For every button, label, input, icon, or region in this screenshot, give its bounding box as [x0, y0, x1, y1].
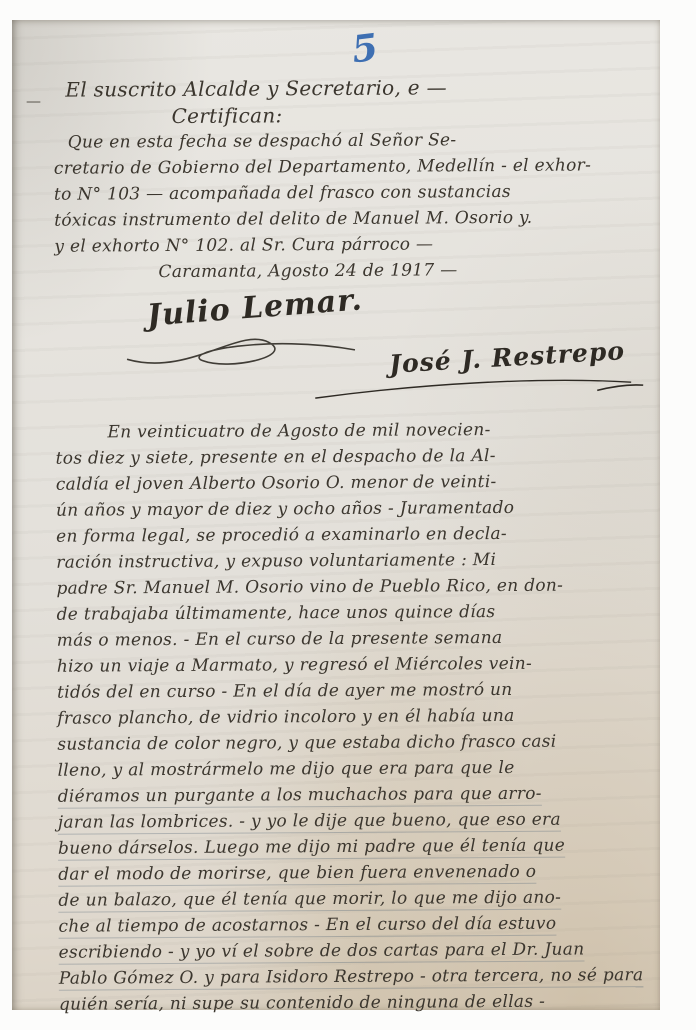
manuscript-line: y el exhorto N° 102. al Sr. Cura párroco…	[54, 230, 640, 260]
manuscript-line: diéramos un purgante a los muchachos par…	[58, 780, 644, 810]
manuscript-line: de trabajaba últimamente, hace unos quin…	[57, 598, 643, 628]
manuscript-line: hizo un viaje a Marmato, y regresó el Mi…	[57, 650, 643, 680]
manuscript-line: cretario de Gobierno del Departamento, M…	[54, 152, 640, 182]
manuscript-line: escribiendo - y yo ví el sobre de dos ca…	[59, 936, 645, 966]
manuscript-line: jaran las lombrices. - y yo le dije que …	[58, 806, 644, 836]
manuscript-line: to N° 103 — acompañada del frasco con su…	[54, 178, 640, 208]
manuscript-line: padre Sr. Manuel M. Osorio vino de Puebl…	[56, 572, 642, 602]
manuscript-line: che al tiempo de acostarnos - En el curs…	[58, 910, 644, 940]
certification-heading: El suscrito Alcalde y Secretario, e —	[53, 72, 639, 104]
manuscript-line: ración instructiva, y expuso voluntariam…	[56, 546, 642, 576]
manuscript-line: dar el modo de morirse, que bien fuera e…	[58, 858, 644, 888]
manuscript-line: tidós del en curso - En el día de ayer m…	[57, 676, 643, 706]
dateline: Caramanta, Agosto 24 de 1917 —	[54, 256, 640, 286]
declaration-block: En veinticuatro de Agosto de mil novecie…	[55, 416, 645, 1018]
manuscript-line: en forma legal, se procedió a examinarlo…	[56, 520, 642, 550]
signature-jose-restrepo: José J. Restrepo	[388, 336, 625, 379]
manuscript-line: Que en esta fecha se despachó al Señor S…	[54, 126, 640, 156]
manuscript-line: de un balazo, que él tenía que morir, lo…	[58, 884, 644, 914]
manuscript-line: frasco plancho, de vidrio incoloro y en …	[57, 702, 643, 732]
signature-julio-lemar: Julio Lemar.	[146, 282, 364, 333]
manuscript-line: tóxicas instrumento del delito de Manuel…	[54, 204, 640, 234]
page-content: El suscrito Alcalde y Secretario, e — Ce…	[9, 18, 663, 1018]
manuscript-line: tos diez y siete, presente en el despach…	[56, 442, 642, 472]
signature-underline-icon	[313, 370, 653, 402]
manuscript-line: En veinticuatro de Agosto de mil novecie…	[55, 416, 641, 446]
certification-title: Certifican:	[53, 100, 639, 130]
manuscript-line: sustancia de color negro, y que estaba d…	[57, 728, 643, 758]
manuscript-line: caldía el joven Alberto Osorio O. menor …	[56, 468, 642, 498]
manuscript-line: bueno dárselos. Luego me dijo mi padre q…	[58, 832, 644, 862]
manuscript-line: ún años y mayor de diez y ocho años - Ju…	[56, 494, 642, 524]
signatures: Julio Lemar. José J. Restrepo	[55, 282, 642, 416]
manuscript-line: lleno, y al mostrármelo me dijo que era …	[57, 754, 643, 784]
manuscript-line: más o menos. - En el curso de la present…	[57, 624, 643, 654]
manuscript-page: 5 — El suscrito Alcalde y Secretario, e …	[12, 20, 660, 1010]
certification-block: El suscrito Alcalde y Secretario, e — Ce…	[53, 72, 641, 416]
manuscript-line: quién sería, ni supe su contenido de nin…	[59, 988, 645, 1018]
manuscript-line: Pablo Gómez O. y para Isidoro Restrepo -…	[59, 962, 645, 992]
